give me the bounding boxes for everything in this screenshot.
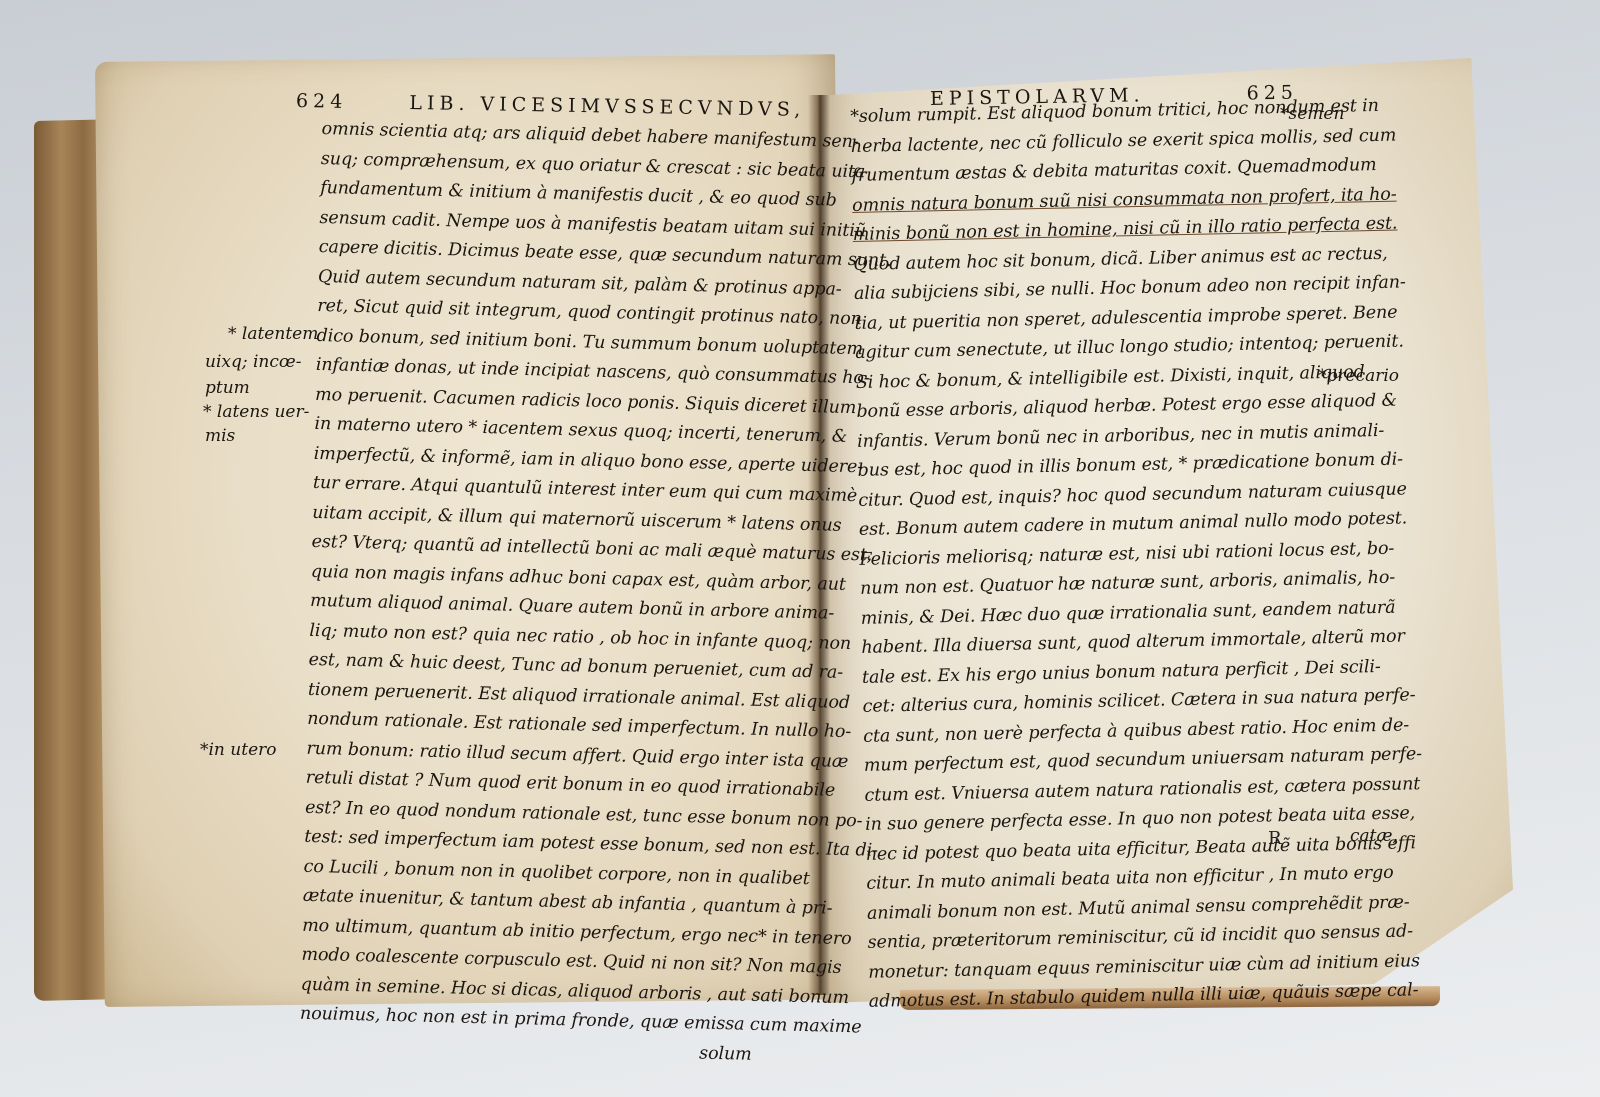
marginal-note: *semen xyxy=(1280,104,1344,124)
marginal-note: *in utero xyxy=(200,740,277,760)
left-page-text: omnis scientia atq; ars aliquid debet ha… xyxy=(299,115,896,1073)
signature-mark: R xyxy=(1268,828,1282,849)
left-page-number: 624 xyxy=(296,90,348,113)
marginal-note: *precario xyxy=(1318,366,1399,386)
marginal-note: mis xyxy=(205,426,235,446)
marginal-note: ptum xyxy=(205,378,250,398)
open-book-photo: 624 LIB. VICESIMVSSECVNDVS, omnis scient… xyxy=(0,0,1600,1097)
catchword-right: catæ, xyxy=(1350,826,1398,846)
marginal-note: uixq; incœ- xyxy=(205,352,301,372)
right-page-text: *solum rumpit. Est aliquod bonum tritici… xyxy=(850,91,1427,1017)
marginal-note: * latens uer- xyxy=(203,402,309,422)
marginal-note: * latentem xyxy=(228,324,318,344)
